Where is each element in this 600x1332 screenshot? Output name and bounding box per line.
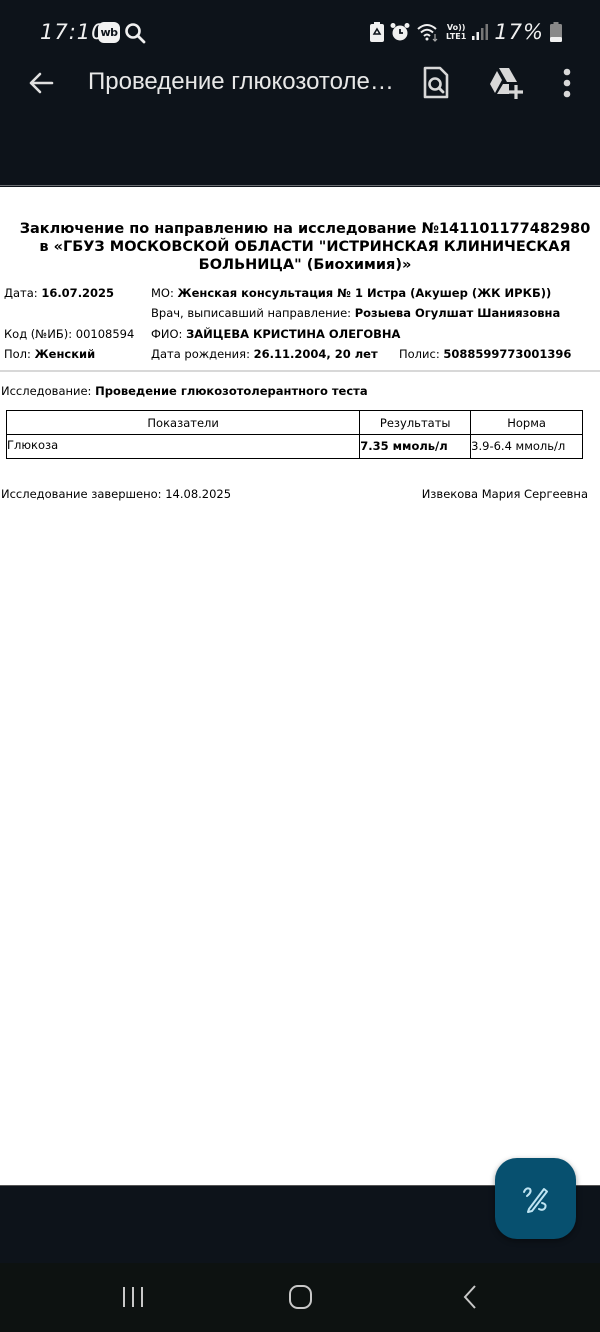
annotate-button[interactable]	[495, 1158, 576, 1239]
search-icon	[124, 22, 146, 44]
status-time: 17:10	[40, 20, 106, 44]
table-header-row: Показатели Результаты Норма	[7, 411, 583, 435]
document-title: Заключение по направлению на исследовани…	[0, 220, 600, 274]
wifi-icon	[416, 22, 440, 42]
document-search-icon[interactable]	[422, 66, 450, 100]
document-page: Заключение по направлению на исследовани…	[0, 187, 600, 1185]
cell-norm: 3.9-6.4 ммоль/л	[471, 435, 583, 459]
code-field: Код (№ИБ): 00108594	[4, 327, 134, 341]
drive-add-icon[interactable]	[489, 66, 525, 100]
status-bar: 17:10 wb Vo)) LTE1	[0, 0, 600, 64]
dob-field: Дата рождения: 26.11.2004, 20 лет	[151, 347, 378, 361]
table-row: Глюкоза 7.35 ммоль/л 3.9-6.4 ммоль/л	[7, 435, 583, 459]
page-title: Проведение глюкозотолерантного теста	[88, 68, 398, 96]
header-result: Результаты	[360, 411, 471, 435]
wb-app-icon: wb	[98, 22, 120, 43]
system-nav-bar	[0, 1263, 600, 1332]
header-norm: Норма	[471, 411, 583, 435]
divider	[0, 370, 600, 372]
results-table: Показатели Результаты Норма Глюкоза 7.35…	[6, 410, 583, 459]
back-arrow-icon[interactable]	[26, 68, 56, 98]
cell-result: 7.35 ммоль/л	[360, 435, 471, 459]
back-icon[interactable]	[458, 1283, 482, 1311]
battery-saver-icon	[370, 22, 384, 42]
volte-icon: Vo)) LTE1	[446, 23, 466, 41]
mo-field: МО: Женская консультация № 1 Истра (Акуш…	[151, 286, 551, 300]
recent-apps-icon[interactable]	[120, 1283, 146, 1311]
battery-icon	[550, 22, 562, 42]
sex-field: Пол: Женский	[4, 347, 95, 361]
app-bar: Проведение глюкозотолерантного теста	[0, 64, 600, 186]
completed-field: Исследование завершено: 14.08.2025	[1, 487, 231, 501]
home-icon[interactable]	[287, 1283, 315, 1311]
cell-indicator: Глюкоза	[7, 435, 360, 459]
status-icons: Vo)) LTE1 17%	[370, 20, 562, 44]
fio-field: ФИО: ЗАЙЦЕВА КРИСТИНА ОЛЕГОВНА	[151, 327, 400, 341]
performer-name: Извекова Мария Сергеевна	[422, 487, 588, 501]
study-field: Исследование: Проведение глюкозотолерант…	[1, 384, 368, 398]
handwriting-pen-icon	[521, 1184, 551, 1214]
more-vert-icon[interactable]	[561, 66, 573, 100]
signal-icon	[472, 23, 488, 41]
policy-field: Полис: 5088599773001396	[399, 347, 571, 361]
date-field: Дата: 16.07.2025	[4, 286, 114, 300]
battery-percent: 17%	[494, 20, 544, 44]
alarm-icon	[390, 22, 410, 42]
doctor-field: Врач, выписавший направление: Розыева Ог…	[151, 306, 560, 320]
header-indicator: Показатели	[7, 411, 360, 435]
